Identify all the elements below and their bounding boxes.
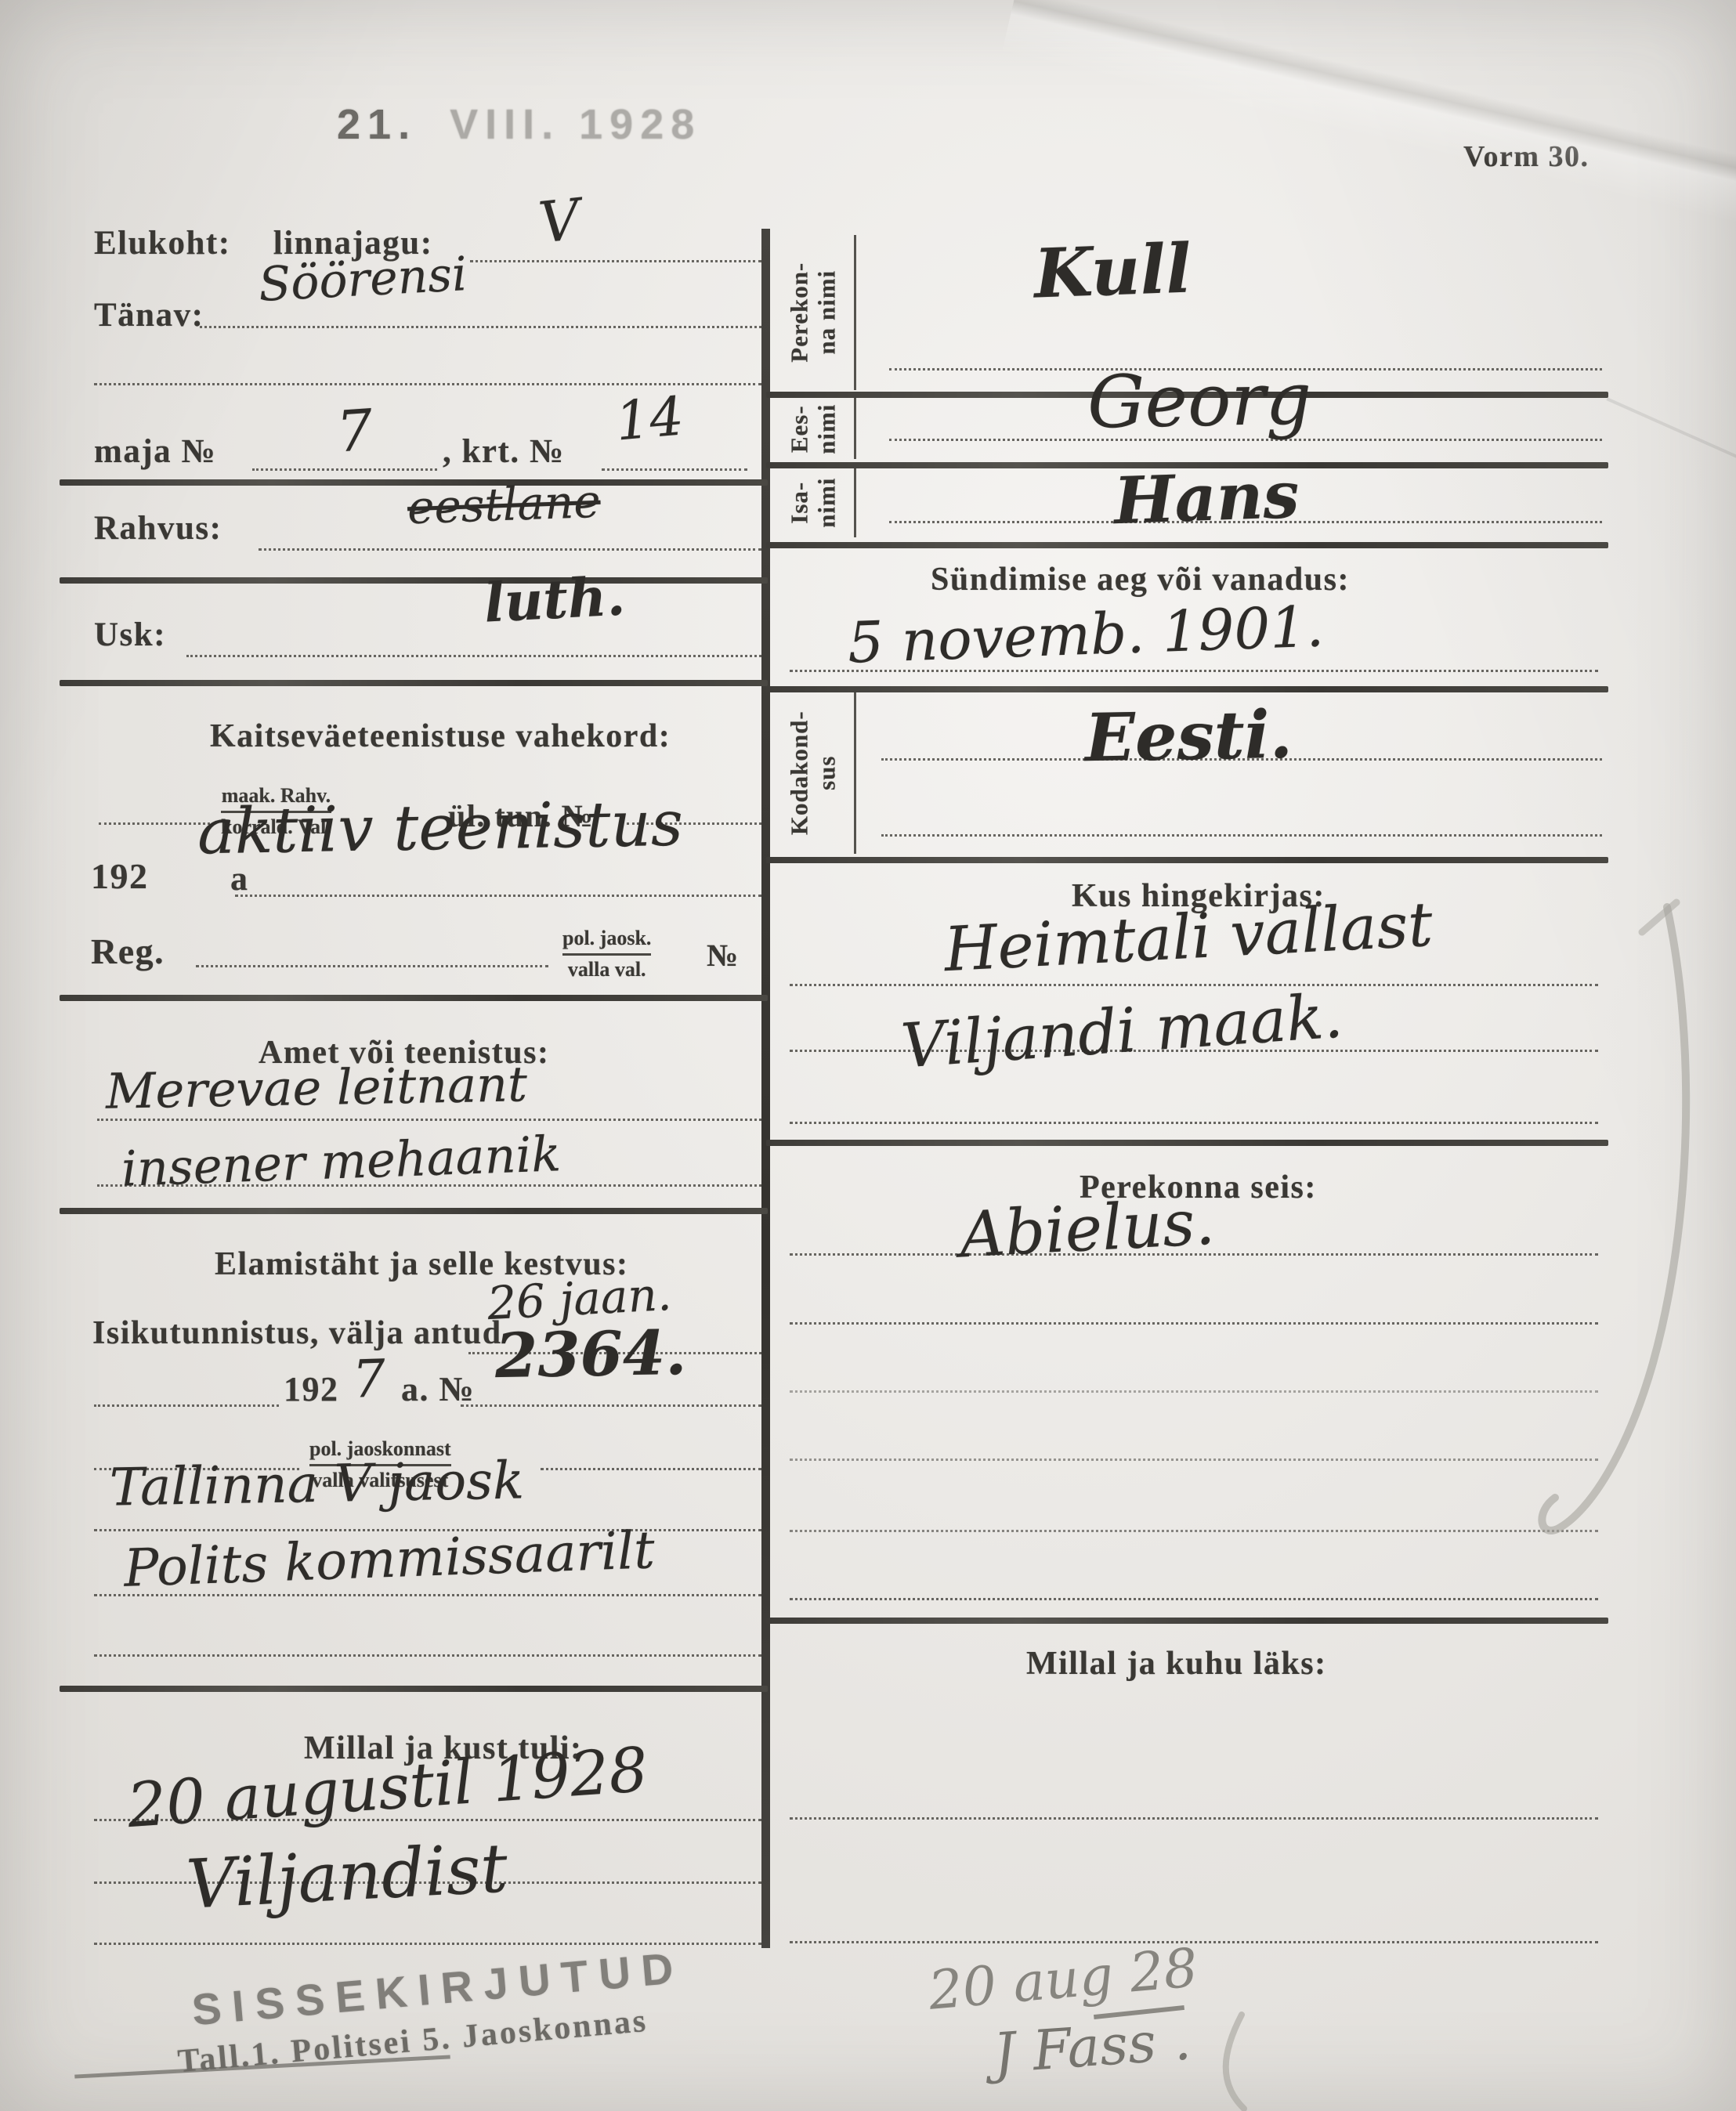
section-bar (766, 686, 1608, 692)
option-stack-reg: pol. jaosk. valla val. (562, 926, 651, 982)
option-pol-jaosk: pol. jaosk. (562, 926, 651, 956)
value-tuli-place: Viljandist (185, 1829, 510, 1924)
dotted-line (790, 1817, 1598, 1820)
dotted-line (602, 468, 747, 471)
section-bar (60, 577, 768, 584)
label-rahvus: Rahvus: (94, 509, 222, 548)
section-bar (60, 995, 768, 1001)
vertical-rule (854, 692, 856, 854)
value-perekonnanimi: Kull (1033, 230, 1192, 314)
dotted-line (97, 1119, 761, 1121)
form-number: Vorm 30. (1463, 139, 1589, 174)
dotted-line (790, 1122, 1598, 1124)
dotted-line (790, 1598, 1598, 1600)
dotted-line (790, 984, 1598, 986)
dotted-line (252, 468, 437, 471)
label-maja: maja № (94, 432, 216, 471)
label-usk: Usk: (94, 616, 166, 654)
section-bar (766, 857, 1608, 863)
value-isanimi: Hans (1112, 457, 1300, 539)
label-krt: , krt. № (443, 432, 565, 471)
label-reg-nr: № (707, 937, 740, 974)
value-kodakondsus: Eesti. (1084, 696, 1293, 777)
value-kaitse-teenistus: aktiiv teenistus (197, 787, 683, 869)
vlabel-eesnimi-line2: nimi (813, 404, 841, 454)
dotted-line (790, 1390, 1598, 1393)
section-bar (766, 1618, 1608, 1624)
dotted-line (235, 895, 761, 897)
registration-form-scan: 21. VIII. 1928 Vorm 30. Elukoht: linnaja… (0, 0, 1736, 2111)
value-usk: luth. (483, 565, 627, 634)
vertical-rule (854, 235, 856, 390)
value-krt-nr: 14 (613, 385, 686, 453)
vlabel-kodakondsus: Kodakond- sus (774, 692, 852, 854)
note-signature: J Fass . (991, 2008, 1192, 2085)
label-elukoht-word: Elukoht: (94, 225, 231, 262)
label-year-192: 192 (91, 855, 149, 897)
value-linnajagu: V (536, 186, 583, 256)
dotted-line (196, 965, 548, 967)
vlabel-perekonnanimi-line1: Perekon- (786, 262, 813, 363)
option-valla-val: valla val. (562, 956, 651, 983)
value-rahvus: eestlane (407, 475, 602, 535)
dotted-line (94, 1404, 279, 1407)
dotted-line (470, 260, 761, 262)
value-amet-1: Merevae leitnant (105, 1055, 527, 1119)
dotted-line (790, 1530, 1598, 1532)
vlabel-isanimi: Isa- nimi (774, 468, 852, 537)
dotted-line (200, 326, 761, 328)
date-stamp-rest: VIII. 1928 (450, 101, 701, 148)
value-isik-year: 7 (352, 1348, 387, 1409)
dotted-line (790, 1322, 1598, 1325)
section-bar (60, 1686, 768, 1692)
section-bar (766, 542, 1608, 548)
section-bar (766, 1140, 1608, 1146)
label-isik-a-nr: a. № (401, 1369, 475, 1409)
dotted-line (541, 1468, 761, 1470)
vlabel-eesnimi: Ees- nimi (774, 398, 852, 461)
vlabel-isanimi-line2: nimi (813, 478, 841, 528)
label-tanav: Tänav: (94, 296, 204, 334)
vlabel-eesnimi-line1: Ees- (786, 404, 813, 454)
value-hingekiri-1: Heimtali vallast (942, 890, 1434, 986)
value-isik-number: 2364. (494, 1318, 687, 1392)
heading-kaitsevaeteenistus: Kaitseväeteenistuse vahekord: (210, 718, 671, 755)
heading-millal-laks: Millal ja kuhu läks: (1026, 1645, 1327, 1683)
vertical-rule (854, 468, 856, 537)
value-sundimise-aeg: 5 novemb. 1901. (847, 593, 1326, 675)
vlabel-isanimi-line1: Isa- (786, 478, 813, 528)
section-bar (60, 680, 768, 686)
vertical-rule (854, 398, 856, 459)
label-reg: Reg. (91, 931, 165, 972)
value-tanav: Söörensi (257, 247, 468, 313)
vlabel-kodakondsus-line2: sus (813, 711, 841, 836)
vlabel-perekonnanimi-line2: na nimi (813, 262, 841, 363)
vlabel-kodakondsus-line1: Kodakond- (786, 711, 813, 836)
value-issuer-2: Polits kommissaarilt (123, 1520, 656, 1599)
value-perekonna-seis: Abielus. (958, 1186, 1217, 1272)
label-isikutunnistus: Isikutunnistus, välja antud (92, 1314, 502, 1352)
dotted-line (259, 548, 761, 551)
date-stamp: 21. VIII. 1928 (337, 100, 701, 149)
dotted-line (94, 1654, 761, 1657)
dotted-line (186, 655, 761, 657)
vlabel-perekonnanimi: Perekon- na nimi (774, 235, 852, 390)
paper-crease (1606, 397, 1736, 483)
value-maja-nr: 7 (335, 397, 375, 465)
dotted-line (881, 834, 1602, 837)
label-isik-year: 192 (284, 1369, 339, 1409)
section-bar (60, 1208, 768, 1214)
dotted-line (790, 1459, 1598, 1461)
dotted-line (94, 383, 761, 385)
dotted-line (461, 1404, 761, 1407)
value-eesnimi: Georg (1087, 357, 1312, 445)
value-issuer-1: Tallinna V jaosk (109, 1450, 524, 1517)
date-stamp-day: 21. (337, 101, 417, 148)
heading-sundimise-aeg: Sündimise aeg või vanadus: (931, 561, 1350, 598)
value-hingekiri-2: Viljandi maak. (899, 981, 1345, 1082)
